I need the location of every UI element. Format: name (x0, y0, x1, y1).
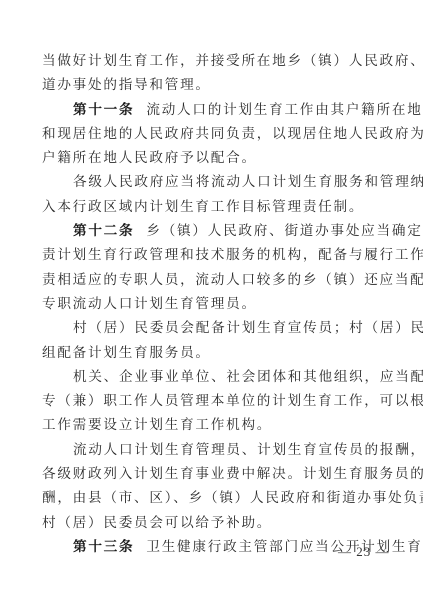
text-line: 责计划生育行政管理和技术服务的机构，配备与履行工作职 (42, 243, 382, 267)
text-line: 和现居住地的人民政府共同负责，以现居住地人民政府为主， (42, 122, 382, 146)
text-span: 流动人口的计划生育工作由其户籍所在地 (146, 102, 422, 118)
text-line: 专（兼）职工作人员管理本单位的计划生育工作，可以根据 (42, 389, 382, 413)
text-line: 各级人民政府应当将流动人口计划生育服务和管理纳 (42, 170, 382, 194)
text-line: 村（居）民委员会配备计划生育宣传员；村（居）民小 (42, 316, 382, 340)
text-line: 组配备计划生育服务员。 (42, 341, 382, 365)
text-line: 责相适应的专职人员，流动人口较多的乡（镇）还应当配备 (42, 268, 382, 292)
document-page: 当做好计划生育工作，并接受所在地乡（镇）人民政府、街 道办事处的指导和管理。 第… (42, 49, 382, 559)
text-line: 酬，由县（市、区）、乡（镇）人民政府和街道办事处负责， (42, 486, 382, 510)
text-line: 流动人口计划生育管理员、计划生育宣传员的报酬，由 (42, 438, 382, 462)
text-line: 工作需要设立计划生育工作机构。 (42, 413, 382, 437)
text-line: 各级财政列入计划生育事业费中解决。计划生育服务员的报 (42, 462, 382, 486)
article-heading: 第十一条 (73, 102, 134, 118)
article-13-line: 第十三条卫生健康行政主管部门应当公开计划生育 (42, 535, 382, 559)
article-heading: 第十三条 (73, 539, 134, 555)
page-number: — 23 — (338, 544, 390, 560)
text-line: 道办事处的指导和管理。 (42, 73, 382, 97)
text-line: 入本行政区域内计划生育工作目标管理责任制。 (42, 195, 382, 219)
article-heading: 第十二条 (73, 223, 134, 239)
article-12-line: 第十二条乡（镇）人民政府、街道办事处应当确定负 (42, 219, 382, 243)
text-span: 乡（镇）人民政府、街道办事处应当确定负 (146, 223, 423, 239)
text-line: 村（居）民委员会可以给予补助。 (42, 511, 382, 535)
text-line: 专职流动人口计划生育管理员。 (42, 292, 382, 316)
article-11-line: 第十一条流动人口的计划生育工作由其户籍所在地 (42, 98, 382, 122)
text-line: 户籍所在地人民政府予以配合。 (42, 146, 382, 170)
text-line: 当做好计划生育工作，并接受所在地乡（镇）人民政府、街 (42, 49, 382, 73)
text-line: 机关、企业事业单位、社会团体和其他组织，应当配备 (42, 365, 382, 389)
